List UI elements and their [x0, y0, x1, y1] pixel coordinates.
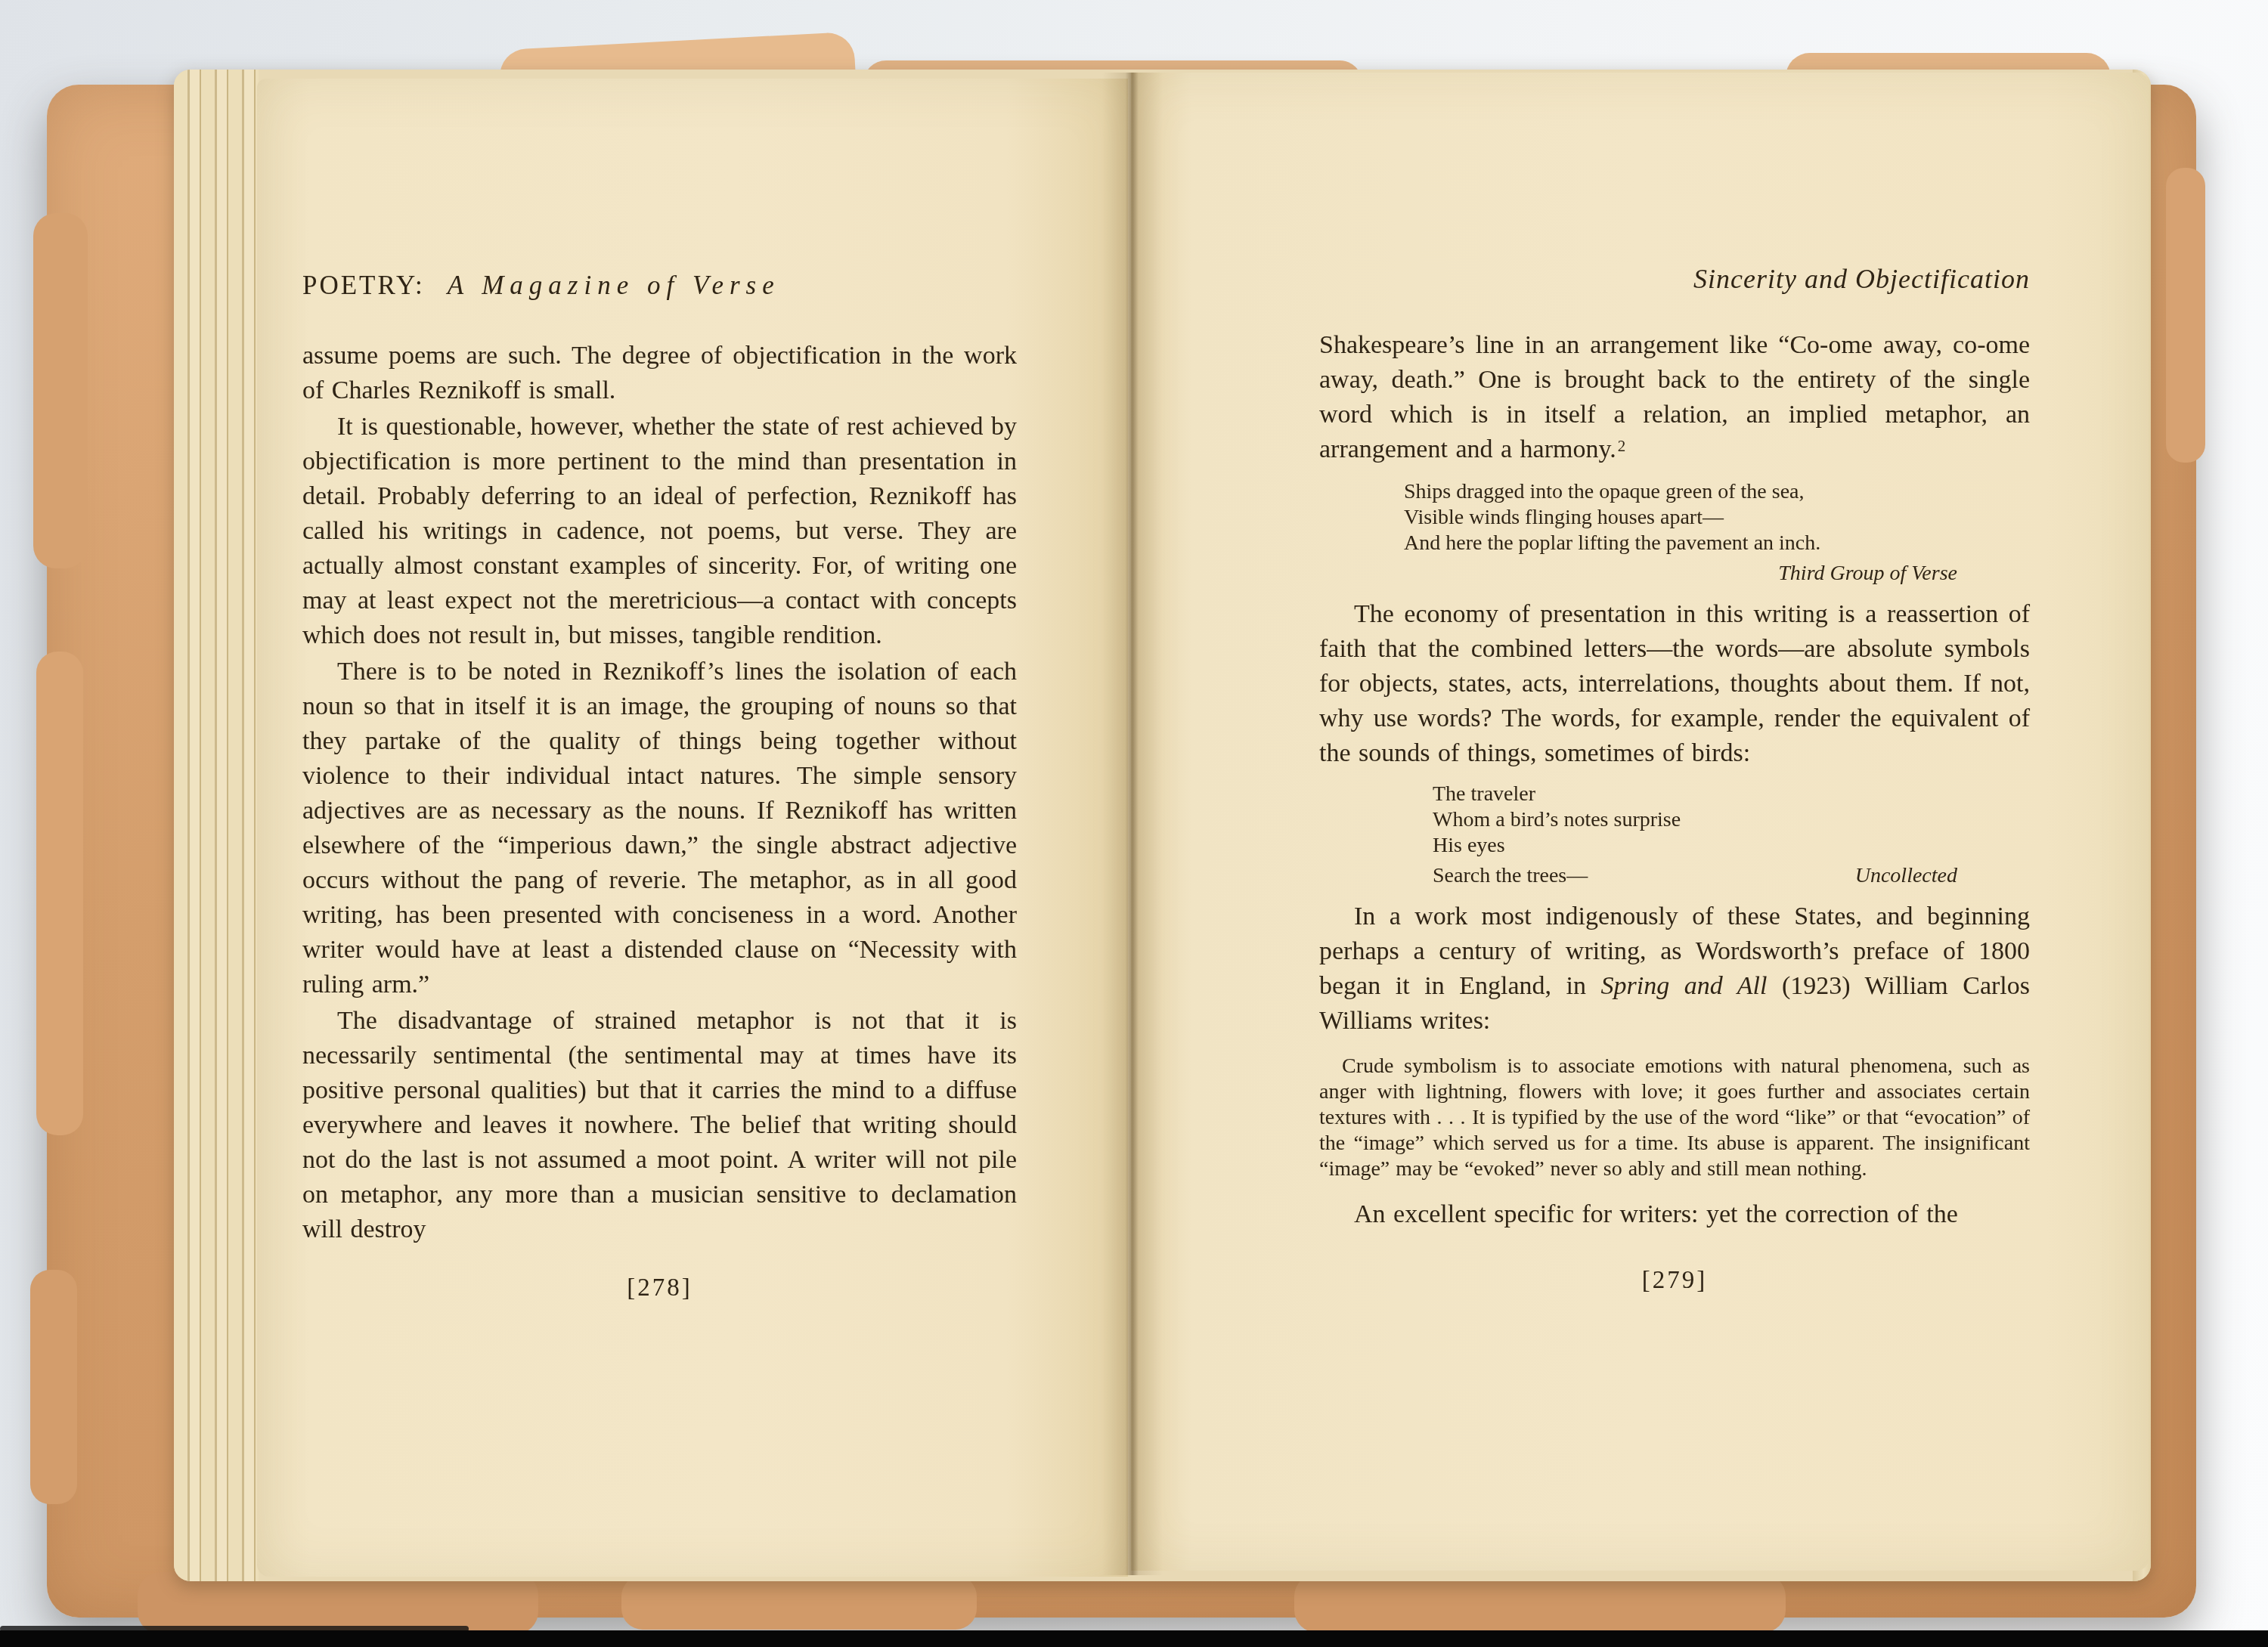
- paragraph-continuation: assume poems are such. The degree of obj…: [302, 339, 1017, 408]
- verse-line: Search the trees—: [1433, 863, 1588, 889]
- left-page-text-column: POETRY: A Magazine of Verse assume poems…: [302, 271, 1017, 1302]
- page-number-right: [279]: [1319, 1267, 2030, 1295]
- verse-line: His eyes: [1433, 833, 2030, 859]
- verse-line: The traveler: [1433, 782, 2030, 807]
- book-scan: POETRY: A Magazine of Verse assume poems…: [0, 0, 2268, 1647]
- paragraph: The disadvantage of strained metaphor is…: [302, 1004, 1017, 1247]
- verse-last-line-row: Search the trees— Uncollected: [1433, 863, 1957, 889]
- page-number-left: [278]: [302, 1274, 1017, 1302]
- verse-line: Ships dragged into the opaque green of t…: [1404, 479, 2030, 505]
- cover-torn-edge: [621, 1575, 977, 1630]
- journal-title: POETRY:: [302, 271, 425, 301]
- cover-torn-edge: [30, 1270, 77, 1504]
- journal-subtitle: A Magazine of Verse: [448, 271, 780, 301]
- scanner-edge: [0, 1630, 2268, 1647]
- paragraph: An excellent specific for writers: yet t…: [1319, 1197, 2030, 1232]
- paragraph: Shakespeare’s line in an arrangement lik…: [1319, 328, 2030, 467]
- cover-torn-edge: [2166, 168, 2205, 463]
- paragraph-text: Shakespeare’s line in an arrangement lik…: [1319, 331, 2030, 463]
- paragraph: In a work most indigenously of these Sta…: [1319, 899, 2030, 1039]
- cover-torn-edge: [33, 213, 88, 568]
- verse-attribution: Uncollected: [1855, 863, 1957, 889]
- book-title-italic: Spring and All: [1601, 972, 1768, 1000]
- cover-torn-edge: [138, 1572, 538, 1634]
- paragraph: There is to be noted in Reznikoff’s line…: [302, 655, 1017, 1002]
- running-head-right: Sincerity and Objectification: [1319, 263, 2030, 295]
- cover-torn-edge: [1294, 1574, 1786, 1633]
- right-page-text-column: Sincerity and Objectification Shakespear…: [1319, 263, 2030, 1295]
- cover-torn-edge: [36, 652, 83, 1135]
- verse-quotation-traveler: The traveler Whom a bird’s notes surpris…: [1433, 782, 2030, 859]
- verse-line: Whom a bird’s notes surprise: [1433, 807, 2030, 833]
- running-head-left: POETRY: A Magazine of Verse: [302, 271, 1017, 301]
- verse-attribution: Third Group of Verse: [1319, 561, 1957, 587]
- paragraph: It is questionable, however, whether the…: [302, 410, 1017, 653]
- verse-line: Visible winds flinging houses apart—: [1404, 505, 2030, 531]
- paragraph: The economy of presentation in this writ…: [1319, 597, 2030, 771]
- verse-line: And here the poplar lifting the pavement…: [1404, 531, 2030, 556]
- footnote-reference: 2: [1618, 437, 1626, 455]
- block-quotation-williams: Crude symbolism is to associate emotions…: [1319, 1054, 2030, 1182]
- verse-quotation-ships: Ships dragged into the opaque green of t…: [1404, 479, 2030, 556]
